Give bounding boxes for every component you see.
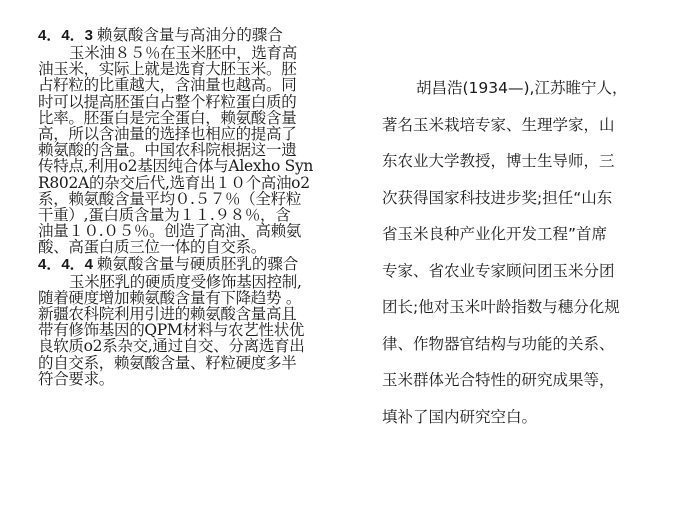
bio-line: 次获得国家科技进步奖;担任“山东 bbox=[382, 180, 682, 217]
bio-line: 填补了国内研究空白。 bbox=[382, 399, 682, 436]
left-column: 4．4．3 赖氨酸含量与高油分的骤合 玉米油８５％在玉米胚中，选育高 油玉米，实… bbox=[38, 27, 340, 387]
bio-line: 胡昌浩(1934—),江苏睢宁人， bbox=[382, 70, 682, 107]
text-line: 赖氨酸的含量。中国农科院根据这一遗 bbox=[38, 142, 340, 158]
text-line: 玉米油８５％在玉米胚中，选育高 bbox=[38, 45, 340, 61]
text-line: 传特点,利用o2基因纯合体与Alexho Syn bbox=[38, 158, 340, 174]
section-body-4-4-3: 玉米油８５％在玉米胚中，选育高 油玉米，实际上就是选育大胚玉米。胚 占籽粒的比重… bbox=[38, 45, 340, 256]
bio-line: 专家、省农业专家顾问团玉米分团 bbox=[382, 253, 682, 290]
biography-column: 胡昌浩(1934—),江苏睢宁人， 著名玉米栽培专家、生理学家，山 东农业大学教… bbox=[382, 70, 682, 435]
text-line: 的自交系，赖氨酸含量、籽粒硬度多半 bbox=[38, 355, 340, 371]
text-line: 油玉米，实际上就是选育大胚玉米。胚 bbox=[38, 61, 340, 77]
section-number: 4．4．3 bbox=[38, 27, 93, 44]
section-title: 赖氨酸含量与硬质胚乳的骤合 bbox=[97, 256, 299, 273]
section-number: 4．4．4 bbox=[38, 256, 93, 273]
text-line: 系，赖氨酸含量平均０.５７％（全籽粒 bbox=[38, 191, 340, 207]
bio-line: 东农业大学教授，博士生导师，三 bbox=[382, 143, 682, 180]
text-line: 比率。胚蛋白是完全蛋白，赖氨酸含量 bbox=[38, 110, 340, 126]
text-line: 良软质o2系杂交,通过自交、分离选育出 bbox=[38, 338, 340, 354]
bio-line: 著名玉米栽培专家、生理学家，山 bbox=[382, 107, 682, 144]
section-title: 赖氨酸含量与高油分的骤合 bbox=[97, 27, 283, 44]
bio-line: 团长;他对玉米叶龄指数与穗分化规 bbox=[382, 289, 682, 326]
text-line: 油量１０.０５％。创造了高油、高赖氨 bbox=[38, 223, 340, 239]
text-line: 带有修饰基因的QPM材料与农艺性状优 bbox=[38, 322, 340, 338]
text-line: 占籽粒的比重越大，含油量也越高。同 bbox=[38, 77, 340, 93]
text-line: 时可以提高胚蛋白占整个籽粒蛋白质的 bbox=[38, 94, 340, 110]
bio-line: 玉米群体光合特性的研究成果等， bbox=[382, 362, 682, 399]
bio-line: 律、作物器官结构与功能的关系、 bbox=[382, 326, 682, 363]
bio-line: 省玉米良种产业化开发工程”首席 bbox=[382, 216, 682, 253]
text-line: R802A的杂交后代,选育出１０个高油o2 bbox=[38, 175, 340, 191]
section-body-4-4-4: 玉米胚乳的硬质度受修饰基因控制, 随着硬度增加赖氨酸含量有下降趋势 。 新疆农科… bbox=[38, 274, 340, 387]
text-line: 干重）,蛋白质含量为１１.９８％，含 bbox=[38, 207, 340, 223]
text-line: 酸、高蛋白质三位一体的自交系。 bbox=[38, 239, 340, 255]
text-line: 玉米胚乳的硬质度受修饰基因控制, bbox=[38, 274, 340, 290]
text-line: 新疆农科院利用引进的赖氨酸含量高且 bbox=[38, 306, 340, 322]
section-heading-4-4-3: 4．4．3 赖氨酸含量与高油分的骤合 bbox=[38, 27, 340, 45]
section-heading-4-4-4: 4．4．4 赖氨酸含量与硬质胚乳的骤合 bbox=[38, 256, 340, 274]
text-line: 高，所以含油量的选择也相应的提高了 bbox=[38, 126, 340, 142]
text-line: 符合要求。 bbox=[38, 371, 340, 387]
text-line: 随着硬度增加赖氨酸含量有下降趋势 。 bbox=[38, 290, 340, 306]
